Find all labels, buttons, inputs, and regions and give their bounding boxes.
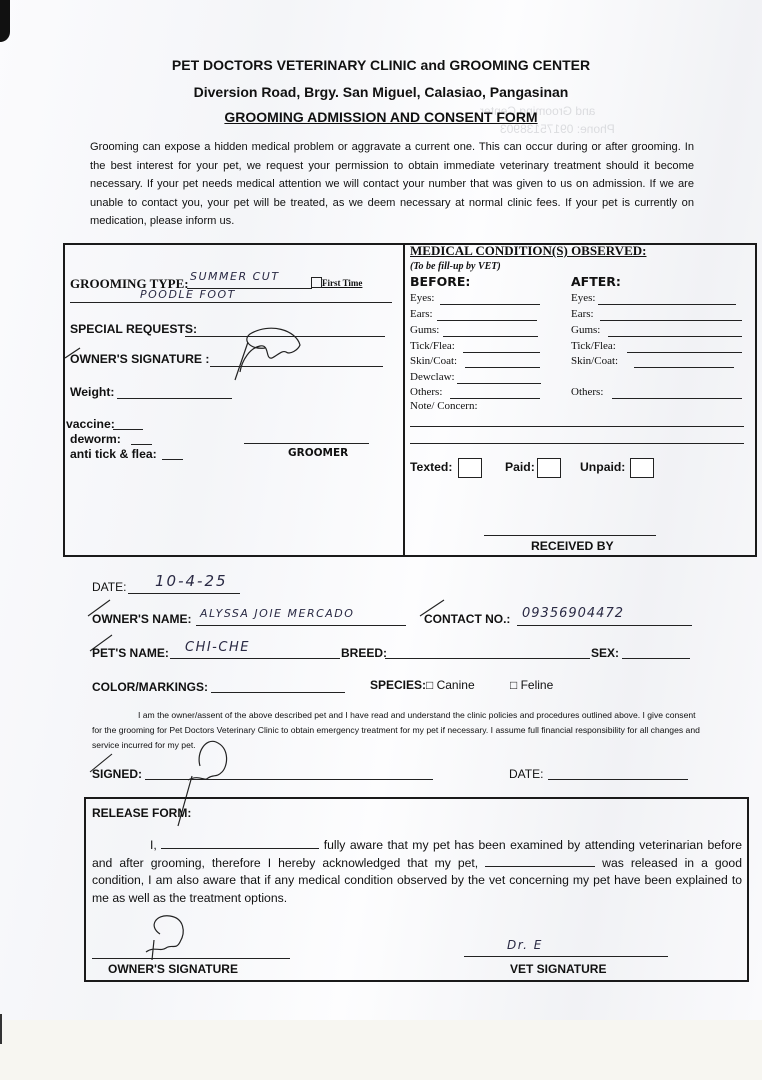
note-line-1[interactable] [410, 426, 744, 427]
after-field-label: Skin/Coat: [571, 355, 618, 367]
after-field-input[interactable] [598, 304, 736, 305]
scanner-bed [0, 1020, 762, 1080]
medical-title: MEDICAL CONDITION(S) OBSERVED: [410, 243, 646, 259]
color-markings-field[interactable] [211, 692, 345, 693]
vet-signature-field[interactable] [464, 956, 668, 957]
vet-signature-label: VET SIGNATURE [510, 962, 606, 976]
release-pet-name-field[interactable] [485, 856, 595, 867]
owner-name-field[interactable] [196, 625, 406, 626]
date-label: DATE: [92, 580, 126, 594]
contact-label: CONTACT NO.: [424, 612, 510, 626]
first-time-label: First Time [322, 278, 362, 288]
clinic-address: Diversion Road, Brgy. San Miguel, Calasi… [0, 84, 762, 100]
release-i: I, [150, 838, 157, 852]
before-field-label: Others: [410, 386, 442, 398]
before-field-input[interactable] [450, 398, 540, 399]
grooming-type-value[interactable]: SUMMER CUT [190, 270, 280, 283]
unpaid-label: Unpaid: [580, 460, 625, 474]
weight-label: Weight: [70, 385, 114, 399]
release-owner-signature-scribble [140, 912, 200, 962]
before-field-input[interactable] [465, 367, 540, 368]
before-field-input[interactable] [457, 383, 541, 384]
vet-signature-value: Dr. E [507, 938, 543, 952]
after-field-input[interactable] [608, 336, 742, 337]
before-field-label: Ears: [410, 308, 433, 320]
note-line-2[interactable] [410, 443, 744, 444]
consent-date-label: DATE: [509, 767, 543, 781]
contact-value[interactable]: 09356904472 [522, 606, 624, 621]
clinic-name: PET DOCTORS VETERINARY CLINIC and GROOMI… [0, 57, 762, 73]
vaccine-field[interactable] [113, 429, 143, 430]
date-value[interactable]: 10-4-25 [155, 572, 228, 590]
anti-tick-flea-label: anti tick & flea: [70, 447, 157, 461]
after-field-label: Tick/Flea: [571, 340, 616, 352]
before-field-label: Gums: [410, 324, 439, 336]
before-field-input[interactable] [437, 320, 537, 321]
intro-paragraph: Grooming can expose a hidden medical pro… [90, 138, 694, 231]
weight-field[interactable] [117, 398, 232, 399]
pet-name-value[interactable]: CHI-CHE [185, 640, 250, 655]
page-edge-shadow [0, 0, 10, 42]
note-concern-label: Note/ Concern: [410, 400, 478, 412]
after-field-input[interactable] [612, 398, 742, 399]
after-field-label: Others: [571, 386, 603, 398]
received-by-field[interactable] [484, 535, 656, 536]
page-edge-line [0, 1014, 2, 1044]
species-label: SPECIES: [370, 678, 426, 692]
anti-tick-flea-field[interactable] [162, 459, 183, 460]
release-form-title: RELEASE FORM: [92, 806, 191, 820]
release-paragraph: I, fully aware that my pet has been exam… [92, 837, 742, 907]
feline-label: Feline [521, 678, 554, 692]
unpaid-checkbox[interactable] [630, 458, 654, 478]
groomer-signature-field[interactable] [244, 443, 369, 444]
release-owner-name-field[interactable] [161, 838, 319, 849]
texted-checkbox[interactable] [458, 458, 482, 478]
paid-checkbox[interactable] [537, 458, 561, 478]
feline-checkbox[interactable]: □ [510, 678, 517, 692]
received-by-label: RECEIVED BY [531, 539, 614, 553]
contact-field[interactable] [517, 625, 692, 626]
owner-name-label: OWNER'S NAME: [92, 612, 192, 626]
after-label: AFTER: [571, 274, 621, 289]
after-field-input[interactable] [634, 367, 734, 368]
before-field-label: Eyes: [410, 292, 434, 304]
pet-name-label: PET'S NAME: [92, 646, 169, 660]
color-markings-label: COLOR/MARKINGS: [92, 680, 208, 694]
owner-name-value[interactable]: ALYSSA JOIE MERCADO [200, 607, 354, 620]
breed-field[interactable] [385, 658, 590, 659]
pet-name-field[interactable] [170, 658, 340, 659]
signed-label: SIGNED: [92, 767, 142, 781]
release-owner-signature-label: OWNER'S SIGNATURE [108, 962, 238, 976]
species-option-canine[interactable]: □ Canine [426, 678, 475, 692]
before-field-input[interactable] [440, 304, 540, 305]
form-title: GROOMING ADMISSION AND CONSENT FORM [0, 109, 762, 125]
breed-label: BREED: [341, 646, 387, 660]
species-option-feline[interactable]: □ Feline [510, 678, 553, 692]
medical-subtitle: (To be fill-up by VET) [410, 261, 501, 272]
sex-field[interactable] [622, 658, 690, 659]
before-field-label: Dewclaw: [410, 371, 455, 383]
vaccine-label: vaccine: [66, 417, 115, 431]
date-field[interactable] [128, 593, 240, 594]
first-time-checkbox[interactable] [311, 277, 322, 288]
deworm-label: deworm: [70, 432, 121, 446]
paid-label: Paid: [505, 460, 535, 474]
after-field-label: Gums: [571, 324, 600, 336]
texted-label: Texted: [410, 460, 452, 474]
before-field-input[interactable] [443, 336, 538, 337]
deworm-field[interactable] [131, 444, 152, 445]
after-field-input[interactable] [627, 352, 742, 353]
after-field-label: Ears: [571, 308, 594, 320]
groomer-label: GROOMER [288, 447, 348, 459]
after-field-input[interactable] [600, 320, 742, 321]
before-field-input[interactable] [463, 352, 540, 353]
after-field-label: Eyes: [571, 292, 595, 304]
canine-label: Canine [437, 678, 475, 692]
box-divider [403, 243, 405, 555]
before-field-label: Skin/Coat: [410, 355, 457, 367]
sex-label: SEX: [591, 646, 619, 660]
before-label: BEFORE: [410, 274, 470, 289]
canine-checkbox[interactable]: □ [426, 678, 433, 692]
consent-date-field[interactable] [548, 779, 688, 780]
before-field-label: Tick/Flea: [410, 340, 455, 352]
